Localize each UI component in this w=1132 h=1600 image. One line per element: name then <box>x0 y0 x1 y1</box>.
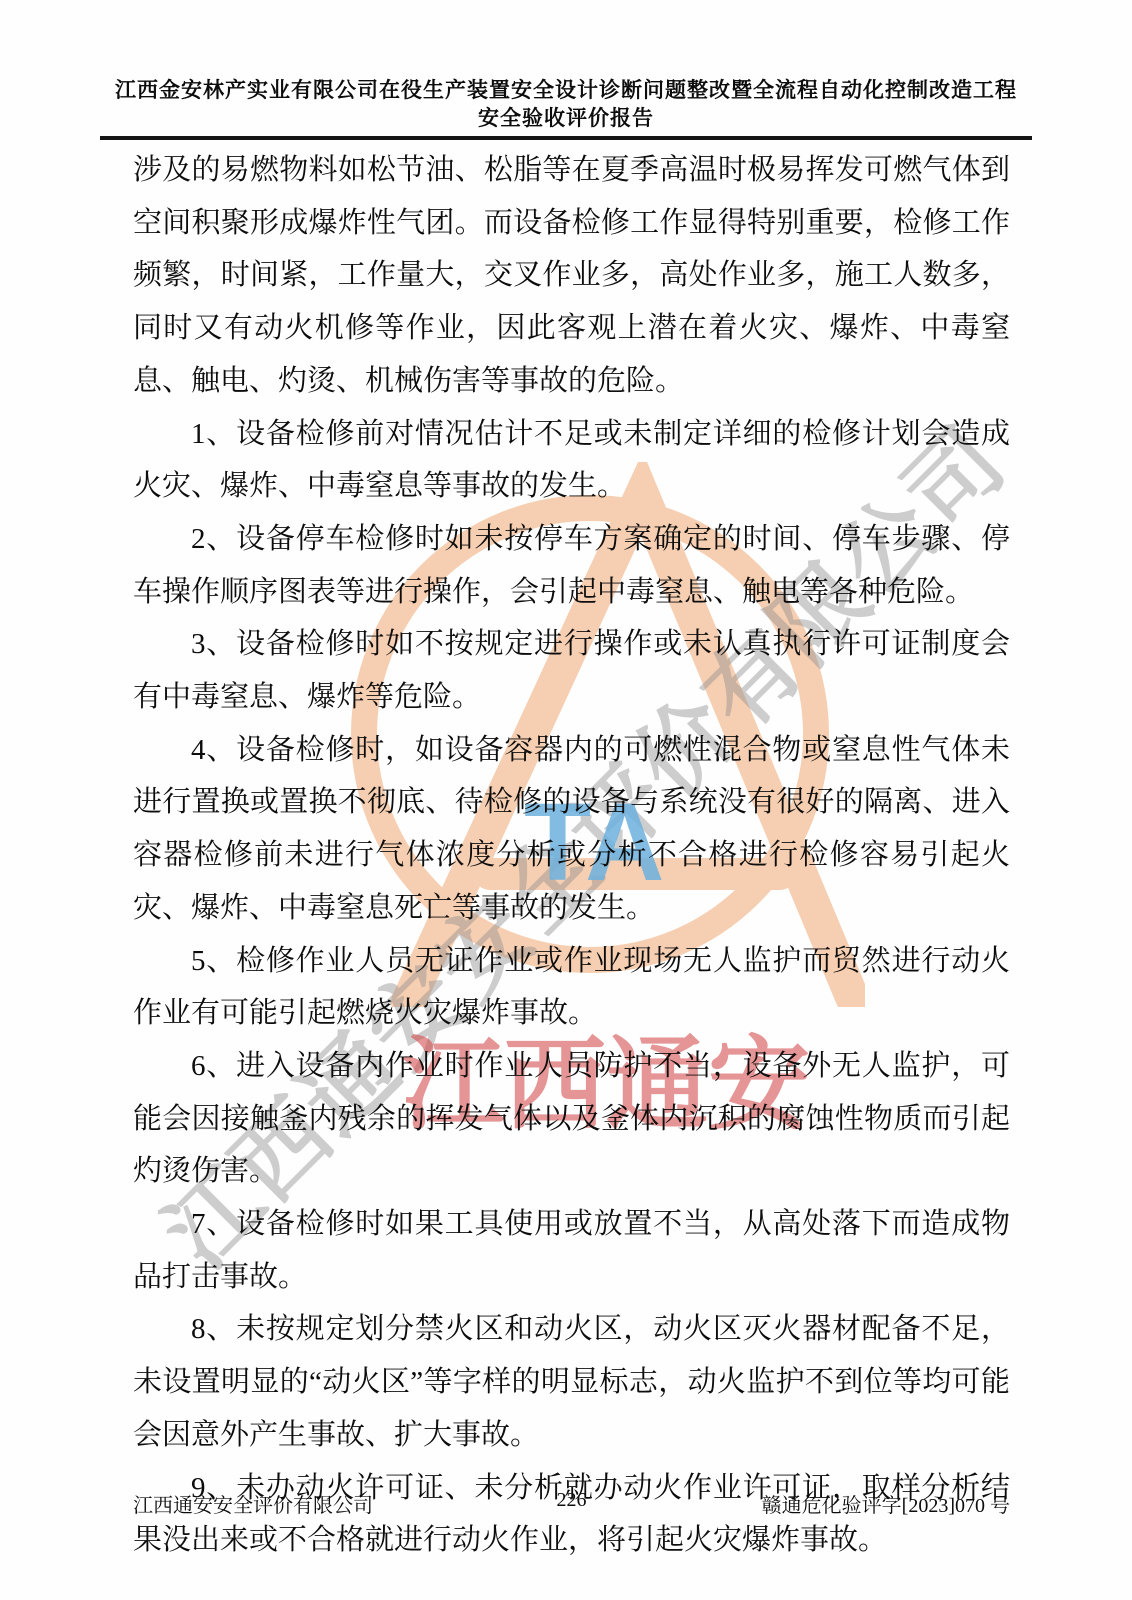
paragraph: 8、未按规定划分禁火区和动火区，动火区灭火器材配备不足，未设置明显的“动火区”等… <box>133 1303 1010 1461</box>
paragraph: 3、设备检修时如不按规定进行操作或未认真执行许可证制度会有中毒窒息、爆炸等危险。 <box>133 618 1010 723</box>
paragraph: 7、设备检修时如果工具使用或放置不当，从高处落下而造成物品打击事故。 <box>133 1198 1010 1303</box>
paragraph: 涉及的易燃物料如松节油、松脂等在夏季高温时极易挥发可燃气体到空间积聚形成爆炸性气… <box>133 144 1010 408</box>
paragraph: 2、设备停车检修时如未按停车方案确定的时间、停车步骤、停车操作顺序图表等进行操作… <box>133 513 1010 618</box>
header-divider <box>100 136 1032 140</box>
document-body: 涉及的易燃物料如松节油、松脂等在夏季高温时极易挥发可燃气体到空间积聚形成爆炸性气… <box>133 144 1010 1567</box>
paragraph: 5、检修作业人员无证作业或作业现场无人监护而贸然进行动火作业有可能引起燃烧火灾爆… <box>133 935 1010 1040</box>
paragraph: 4、设备检修时，如设备容器内的可燃性混合物或窒息性气体未进行置换或置换不彻底、待… <box>133 724 1010 935</box>
paragraph: 1、设备检修前对情况估计不足或未制定详细的检修计划会造成火灾、爆炸、中毒窒息等事… <box>133 408 1010 513</box>
document-page: 江西通安安全评价有限公司 TA 江西通安 江西金安林产实业有限公司在役生产装置安… <box>0 0 1132 1600</box>
header-title-line2: 安全验收评价报告 <box>0 104 1132 132</box>
paragraph: 6、进入设备内作业时作业人员防护不当，设备外无人监护，可能会因接触釜内残余的挥发… <box>133 1040 1010 1198</box>
header-title-line1: 江西金安林产实业有限公司在役生产装置安全设计诊断问题整改暨全流程自动化控制改造工… <box>0 76 1132 104</box>
page-header: 江西金安林产实业有限公司在役生产装置安全设计诊断问题整改暨全流程自动化控制改造工… <box>0 76 1132 132</box>
footer-doc-number: 赣通危化验评字[2023]070 号 <box>762 1489 1010 1518</box>
